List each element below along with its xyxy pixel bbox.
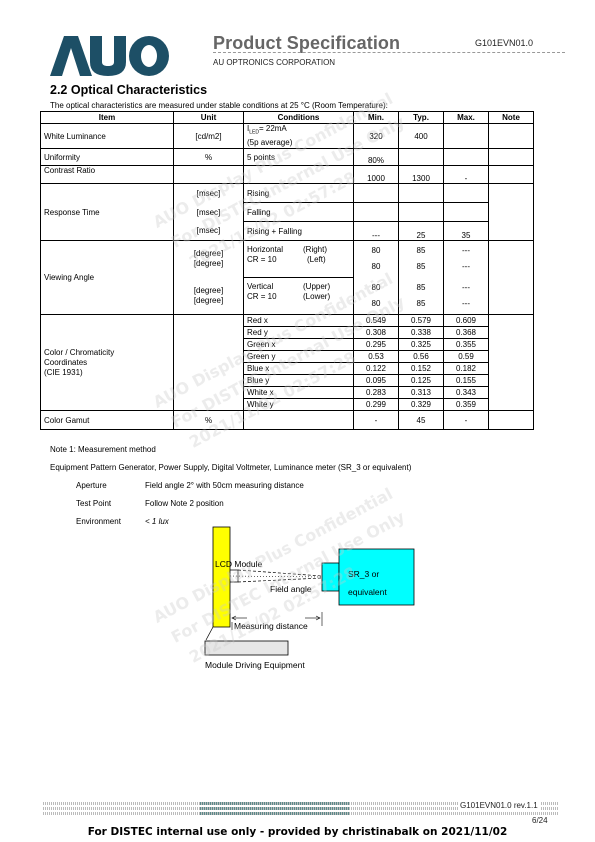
- side-label: (Lower): [303, 292, 330, 301]
- value: 80: [372, 283, 381, 292]
- company-name: AU OPTRONICS CORPORATION: [213, 58, 335, 67]
- value: ---: [462, 246, 470, 255]
- side-label: (Left): [307, 255, 326, 264]
- item-line: Coordinates: [44, 358, 87, 367]
- min-cell: 1000: [354, 166, 399, 184]
- note-cell: [489, 411, 534, 430]
- unit-cell: [degree] [degree]: [174, 241, 244, 278]
- unit-line: [degree]: [194, 296, 223, 305]
- footer-rule-accent: [200, 802, 350, 805]
- conditions-cell: Vertical(Upper) CR = 10(Lower): [244, 278, 354, 315]
- chromaticity-rows: Color / ChromaticityCoordinates(CIE 1931…: [41, 315, 534, 411]
- min-cell: -: [354, 411, 399, 430]
- value: 85: [417, 246, 426, 255]
- item-cell: Contrast Ratio: [41, 166, 174, 184]
- driver-shape: [205, 641, 288, 655]
- typ-cell: 0.56: [399, 351, 444, 363]
- measurement-setup-diagram: LCD Module Field angle SR_3 or equivalen…: [195, 520, 435, 680]
- value: 85: [417, 299, 426, 308]
- note-cell: [489, 241, 534, 315]
- min-cell: 0.095: [354, 375, 399, 387]
- conditions-cell: Red x: [244, 315, 354, 327]
- conditions-cell: Blue y: [244, 375, 354, 387]
- value: ---: [462, 283, 470, 292]
- table-header-row: Item Unit Conditions Min. Typ. Max. Note: [41, 112, 534, 124]
- param-value: Follow Note 2 position: [145, 499, 224, 508]
- item-cell: Color Gamut: [41, 411, 174, 430]
- max-cell: 0.368: [444, 327, 489, 339]
- item-line: Color / Chromaticity: [44, 348, 114, 357]
- min-cell: 0.549: [354, 315, 399, 327]
- conditions-cell: [244, 166, 354, 184]
- conditions-cell: Falling: [244, 203, 354, 222]
- typ-cell: [399, 184, 444, 203]
- note-title: Note 1: Measurement method: [50, 445, 156, 454]
- max-cell: 0.343: [444, 387, 489, 399]
- value: 80: [372, 299, 381, 308]
- distance-label: Measuring distance: [234, 621, 308, 631]
- max-cell: [444, 203, 489, 222]
- typ-cell: 0.125: [399, 375, 444, 387]
- param-value: Field angle 2° with 50cm measuring dista…: [145, 481, 304, 490]
- field-angle-label: Field angle: [270, 584, 312, 594]
- item-cell: Uniformity: [41, 149, 174, 166]
- unit-cell: [msec]: [174, 222, 244, 241]
- note-cell: [489, 315, 534, 411]
- header-conditions: Conditions: [244, 112, 354, 124]
- conditions-cell: Green y: [244, 351, 354, 363]
- optical-characteristics-table: Item Unit Conditions Min. Typ. Max. Note…: [40, 111, 534, 430]
- cr-label: CR = 10: [247, 292, 303, 302]
- min-cell: [354, 203, 399, 222]
- document-id: G101EVN01.0: [475, 38, 533, 48]
- document-title: Product Specification: [213, 33, 400, 54]
- value: 80: [372, 246, 381, 255]
- header-typ: Typ.: [399, 112, 444, 124]
- header-note: Note: [489, 112, 534, 124]
- conditions-cell: 5 points: [244, 149, 354, 166]
- table-row: Color / ChromaticityCoordinates(CIE 1931…: [41, 315, 534, 327]
- conditions-cell: ILED= 22mA (5p average): [244, 124, 354, 149]
- unit-cell: [msec]: [174, 203, 244, 222]
- meter-head-shape: [322, 563, 339, 591]
- conditions-cell: Rising + Falling: [244, 222, 354, 241]
- value: ---: [462, 262, 470, 271]
- condition-line: (5p average): [247, 138, 292, 147]
- lcd-module-shape: [213, 527, 230, 627]
- table-row: Viewing Angle [degree] [degree] Horizont…: [41, 241, 534, 278]
- typ-cell: 25: [399, 222, 444, 241]
- item-cell: Viewing Angle: [41, 241, 174, 315]
- item-cell: Color / ChromaticityCoordinates(CIE 1931…: [41, 315, 174, 411]
- value: ---: [462, 299, 470, 308]
- typ-cell: 0.329: [399, 399, 444, 411]
- item-line: (CIE 1931): [44, 368, 83, 377]
- min-cell: 0.295: [354, 339, 399, 351]
- max-cell: 0.182: [444, 363, 489, 375]
- item-cell: White Luminance: [41, 124, 174, 149]
- param-label: Aperture: [76, 481, 107, 490]
- min-cell: [354, 184, 399, 203]
- direction-label: Vertical: [247, 282, 303, 292]
- typ-cell: 400: [399, 124, 444, 149]
- min-cell: 8080: [354, 241, 399, 278]
- min-cell: 320: [354, 124, 399, 149]
- cr-label: CR = 10: [247, 255, 307, 265]
- max-cell: 0.155: [444, 375, 489, 387]
- note-cell: [489, 166, 534, 184]
- min-cell: 0.283: [354, 387, 399, 399]
- auo-logo: [50, 34, 170, 76]
- conditions-cell: Rising: [244, 184, 354, 203]
- header-min: Min.: [354, 112, 399, 124]
- max-cell: ------: [444, 241, 489, 278]
- max-cell: 0.59: [444, 351, 489, 363]
- unit-cell: [174, 166, 244, 184]
- unit-cell: %: [174, 411, 244, 430]
- typ-cell: 1300: [399, 166, 444, 184]
- title-divider: [213, 52, 565, 53]
- header-max: Max.: [444, 112, 489, 124]
- distribution-notice: For DISTEC internal use only - provided …: [0, 826, 595, 838]
- max-cell: [444, 124, 489, 149]
- typ-cell: 0.338: [399, 327, 444, 339]
- unit-cell: [174, 315, 244, 411]
- typ-cell: 45: [399, 411, 444, 430]
- note-cell: [489, 184, 534, 241]
- unit-line: [degree]: [194, 286, 223, 295]
- side-label: (Right): [303, 245, 327, 254]
- conditions-cell: White x: [244, 387, 354, 399]
- table-row: Color Gamut % - 45 -: [41, 411, 534, 430]
- note-equipment: Equipment Pattern Generator, Power Suppl…: [50, 463, 411, 472]
- conditions-cell: Green x: [244, 339, 354, 351]
- max-cell: -: [444, 411, 489, 430]
- min-cell: 8080: [354, 278, 399, 315]
- footer-rule-accent: [200, 807, 350, 810]
- footer-rule-accent: [200, 812, 350, 815]
- typ-cell: [399, 149, 444, 166]
- unit-line: [degree]: [194, 259, 223, 268]
- driver-label: Module Driving Equipment: [205, 660, 305, 670]
- subscript: LED: [249, 130, 259, 136]
- unit-cell: [degree] [degree]: [174, 278, 244, 315]
- unit-cell: %: [174, 149, 244, 166]
- typ-cell: 0.579: [399, 315, 444, 327]
- conditions-cell: Blue x: [244, 363, 354, 375]
- note-cell: [489, 149, 534, 166]
- min-cell: ---: [354, 222, 399, 241]
- max-cell: 35: [444, 222, 489, 241]
- max-cell: -: [444, 166, 489, 184]
- max-cell: 0.609: [444, 315, 489, 327]
- max-cell: 0.355: [444, 339, 489, 351]
- max-cell: [444, 184, 489, 203]
- table-row: White Luminance [cd/m2] ILED= 22mA (5p a…: [41, 124, 534, 149]
- value: 80: [372, 262, 381, 271]
- lcd-label: LCD Module: [215, 559, 263, 569]
- value: 85: [417, 283, 426, 292]
- typ-cell: 0.313: [399, 387, 444, 399]
- table-row: Response Time [msec] Rising: [41, 184, 534, 203]
- min-cell: 0.53: [354, 351, 399, 363]
- conditions-cell: Red y: [244, 327, 354, 339]
- conditions-cell: Horizontal(Right) CR = 10(Left): [244, 241, 354, 278]
- table-row: Uniformity % 5 points 80%: [41, 149, 534, 166]
- direction-label: Horizontal: [247, 245, 303, 255]
- min-cell: 0.299: [354, 399, 399, 411]
- typ-cell: 0.152: [399, 363, 444, 375]
- section-intro: The optical characteristics are measured…: [50, 101, 388, 110]
- min-cell: 80%: [354, 149, 399, 166]
- header-unit: Unit: [174, 112, 244, 124]
- section-heading: 2.2 Optical Characteristics: [50, 83, 207, 97]
- conditions-cell: White y: [244, 399, 354, 411]
- param-label: Environment: [76, 517, 121, 526]
- typ-cell: 8585: [399, 278, 444, 315]
- revision-label: G101EVN01.0 rev.1.1: [458, 801, 540, 810]
- unit-cell: [cd/m2]: [174, 124, 244, 149]
- max-cell: [444, 149, 489, 166]
- side-label: (Upper): [303, 282, 330, 291]
- note-cell: [489, 124, 534, 149]
- typ-cell: 0.325: [399, 339, 444, 351]
- page-number: 6/24: [530, 816, 550, 825]
- unit-cell: [msec]: [174, 184, 244, 203]
- conditions-cell: [244, 411, 354, 430]
- unit-line: [degree]: [194, 249, 223, 258]
- param-label: Test Point: [76, 499, 111, 508]
- meter-label: equivalent: [348, 587, 387, 597]
- min-cell: 0.122: [354, 363, 399, 375]
- typ-cell: 8585: [399, 241, 444, 278]
- meter-label: SR_3 or: [348, 569, 379, 579]
- value: 85: [417, 262, 426, 271]
- max-cell: ------: [444, 278, 489, 315]
- min-cell: 0.308: [354, 327, 399, 339]
- table-row: Contrast Ratio 1000 1300 -: [41, 166, 534, 184]
- typ-cell: [399, 203, 444, 222]
- max-cell: 0.359: [444, 399, 489, 411]
- item-cell: Response Time: [41, 184, 174, 241]
- header-item: Item: [41, 112, 174, 124]
- param-value: < 1 lux: [145, 517, 169, 526]
